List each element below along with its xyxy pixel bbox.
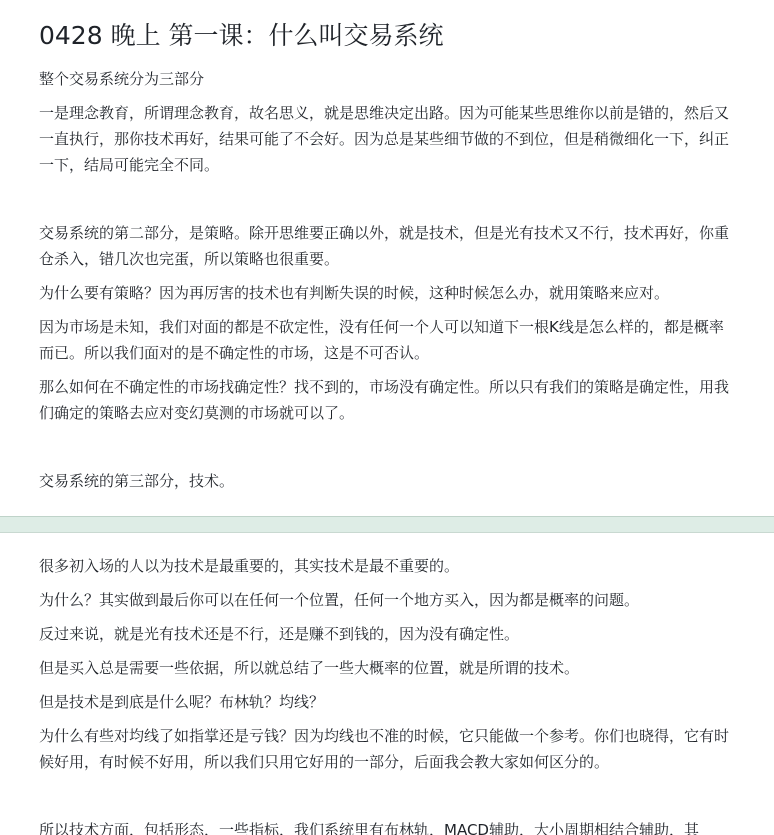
paragraph-find-certainty: 那么如何在不确定性的市场找确定性？找不到的，市场没有确定性。所以只有我们的策略是… xyxy=(39,374,735,426)
paragraph-buy-basis: 但是买入总是需要一些依据，所以就总结了一些大概率的位置，就是所谓的技术。 xyxy=(39,655,735,681)
paragraph-technique-aspects: 所以技术方面，包括形态，一些指标，我们系统里有布林轨，MACD辅助，大小周期相结… xyxy=(39,817,735,835)
document-section-2: 很多初入场的人以为技术是最重要的，其实技术是最不重要的。 为什么？其实做到最后你… xyxy=(0,533,774,835)
paragraph-what-is-technique: 但是技术是到底是什么呢？布林轨？均线？ xyxy=(39,689,735,715)
paragraph-technique-heading: 交易系统的第三部分，技术。 xyxy=(39,468,735,494)
paragraph-market-uncertainty: 因为市场是未知，我们对面的都是不砍定性，没有任何一个人可以知道下一根K线是怎么样… xyxy=(39,314,735,366)
paragraph-strategy: 交易系统的第二部分，是策略。除开思维要正确以外，就是技术，但是光有技术又不行，技… xyxy=(39,220,735,272)
paragraph-philosophy: 一是理念教育，所谓理念教育，故名思义，就是思维决定出路。因为可能某些思维你以前是… xyxy=(39,100,735,178)
document-section-1: 0428 晚上 第一课：什么叫交易系统 整个交易系统分为三部分 一是理念教育，所… xyxy=(0,0,774,516)
paragraph-why: 为什么？其实做到最后你可以在任何一个位置，任何一个地方买入，因为都是概率的问题。 xyxy=(39,587,735,613)
paragraph-technique-least-important: 很多初入场的人以为技术是最重要的，其实技术是最不重要的。 xyxy=(39,553,735,579)
document-title: 0428 晚上 第一课：什么叫交易系统 xyxy=(39,18,735,54)
blank-line xyxy=(39,434,735,460)
page-separator xyxy=(0,516,774,533)
paragraph-conversely: 反过来说，就是光有技术还是不行，还是赚不到钱的，因为没有确定性。 xyxy=(39,621,735,647)
paragraph-moving-average: 为什么有些对均线了如指掌还是亏钱？因为均线也不准的时候，它只能做一个参考。你们也… xyxy=(39,723,735,775)
blank-line xyxy=(39,783,735,809)
paragraph-why-strategy: 为什么要有策略？因为再厉害的技术也有判断失误的时候，这种时候怎么办，就用策略来应… xyxy=(39,280,735,306)
blank-line xyxy=(39,186,735,212)
paragraph-intro: 整个交易系统分为三部分 xyxy=(39,66,735,92)
